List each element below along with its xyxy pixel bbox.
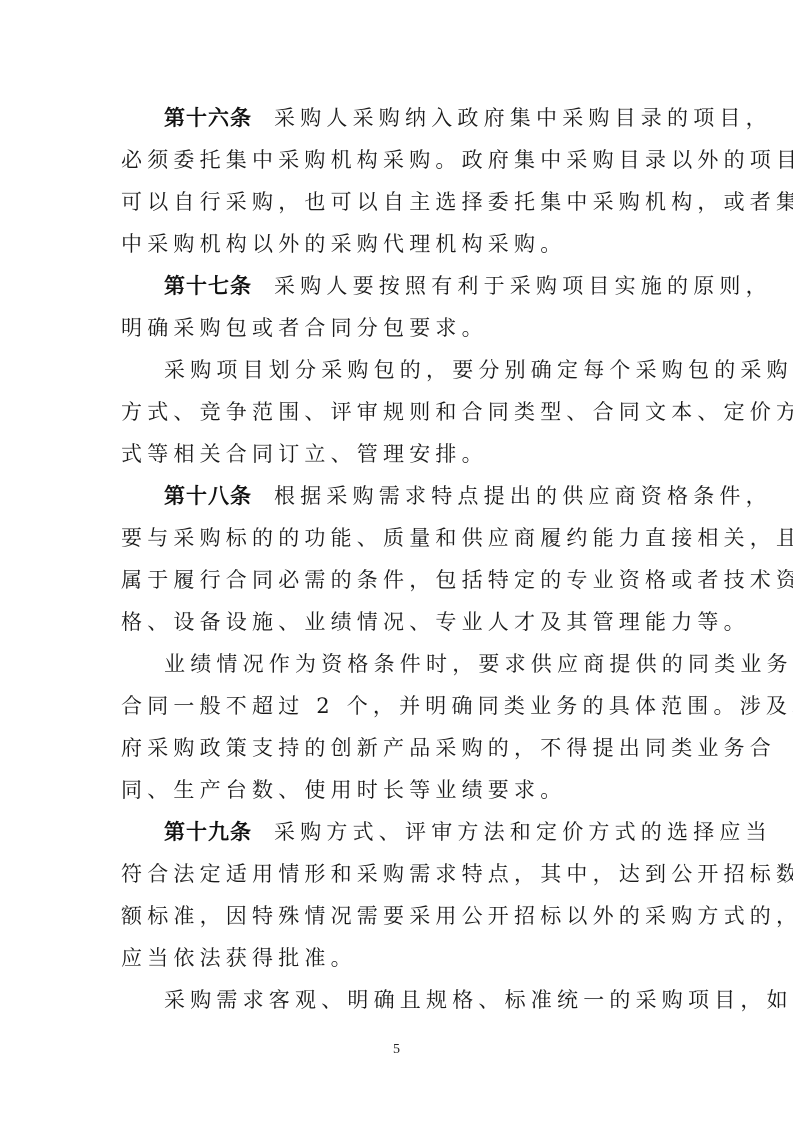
text-line: 式等相关合同订立、管理安排。 bbox=[121, 437, 681, 479]
line-text: 采购人要按照有利于采购项目实施的原则， bbox=[274, 274, 772, 298]
article-16: 第十六条采购人采购纳入政府集中采购目录的项目， 必须委托集中采购机构采购。政府集… bbox=[121, 101, 681, 269]
text-line: 同、生产台数、使用时长等业绩要求。 bbox=[121, 773, 681, 815]
article-19-paragraph-2: 采购需求客观、明确且规格、标准统一的采购项目，如 bbox=[121, 983, 681, 1025]
text-line: 符合法定适用情形和采购需求特点，其中，达到公开招标数 bbox=[121, 857, 681, 899]
document-body: 第十六条采购人采购纳入政府集中采购目录的项目， 必须委托集中采购机构采购。政府集… bbox=[121, 101, 681, 1025]
text-line: 额标准，因特殊情况需要采用公开招标以外的采购方式的， bbox=[121, 899, 681, 941]
article-18: 第十八条根据采购需求特点提出的供应商资格条件， 要与采购标的的功能、质量和供应商… bbox=[121, 479, 681, 647]
text-line: 采购需求客观、明确且规格、标准统一的采购项目，如 bbox=[121, 983, 681, 1025]
text-line: 业绩情况作为资格条件时，要求供应商提供的同类业务 bbox=[121, 647, 681, 689]
text-line: 第十六条采购人采购纳入政府集中采购目录的项目， bbox=[121, 101, 681, 143]
text-line: 可以自行采购，也可以自主选择委托集中采购机构，或者集 bbox=[121, 185, 681, 227]
text-line: 格、设备设施、业绩情况、专业人才及其管理能力等。 bbox=[121, 605, 681, 647]
article-number: 第十六条 bbox=[164, 106, 252, 130]
article-19: 第十九条采购方式、评审方法和定价方式的选择应当 符合法定适用情形和采购需求特点，… bbox=[121, 815, 681, 983]
text-line: 明确采购包或者合同分包要求。 bbox=[121, 311, 681, 353]
text-line: 属于履行合同必需的条件，包括特定的专业资格或者技术资 bbox=[121, 563, 681, 605]
text-line: 第十七条采购人要按照有利于采购项目实施的原则， bbox=[121, 269, 681, 311]
article-18-paragraph-2: 业绩情况作为资格条件时，要求供应商提供的同类业务 合同一般不超过 2 个，并明确… bbox=[121, 647, 681, 815]
article-17-paragraph-2: 采购项目划分采购包的，要分别确定每个采购包的采购 方式、竞争范围、评审规则和合同… bbox=[121, 353, 681, 479]
text-line: 必须委托集中采购机构采购。政府集中采购目录以外的项目 bbox=[121, 143, 681, 185]
text-line: 应当依法获得批准。 bbox=[121, 941, 681, 983]
page-number: 5 bbox=[0, 1042, 793, 1058]
article-17: 第十七条采购人要按照有利于采购项目实施的原则， 明确采购包或者合同分包要求。 bbox=[121, 269, 681, 353]
text-line: 第十九条采购方式、评审方法和定价方式的选择应当 bbox=[121, 815, 681, 857]
text-line: 合同一般不超过 2 个，并明确同类业务的具体范围。涉及政 bbox=[121, 689, 681, 731]
text-line: 要与采购标的的功能、质量和供应商履约能力直接相关，且 bbox=[121, 521, 681, 563]
text-line: 中采购机构以外的采购代理机构采购。 bbox=[121, 227, 681, 269]
text-line: 采购项目划分采购包的，要分别确定每个采购包的采购 bbox=[121, 353, 681, 395]
text-line: 第十八条根据采购需求特点提出的供应商资格条件， bbox=[121, 479, 681, 521]
text-line: 府采购政策支持的创新产品采购的，不得提出同类业务合 bbox=[121, 731, 681, 773]
document-page: 第十六条采购人采购纳入政府集中采购目录的项目， 必须委托集中采购机构采购。政府集… bbox=[0, 0, 793, 1122]
article-number: 第十七条 bbox=[164, 274, 252, 298]
line-text: 根据采购需求特点提出的供应商资格条件， bbox=[274, 484, 772, 508]
article-number: 第十九条 bbox=[164, 820, 252, 844]
line-text: 采购方式、评审方法和定价方式的选择应当 bbox=[274, 820, 772, 844]
line-text: 采购人采购纳入政府集中采购目录的项目， bbox=[274, 106, 772, 130]
article-number: 第十八条 bbox=[164, 484, 252, 508]
text-line: 方式、竞争范围、评审规则和合同类型、合同文本、定价方 bbox=[121, 395, 681, 437]
